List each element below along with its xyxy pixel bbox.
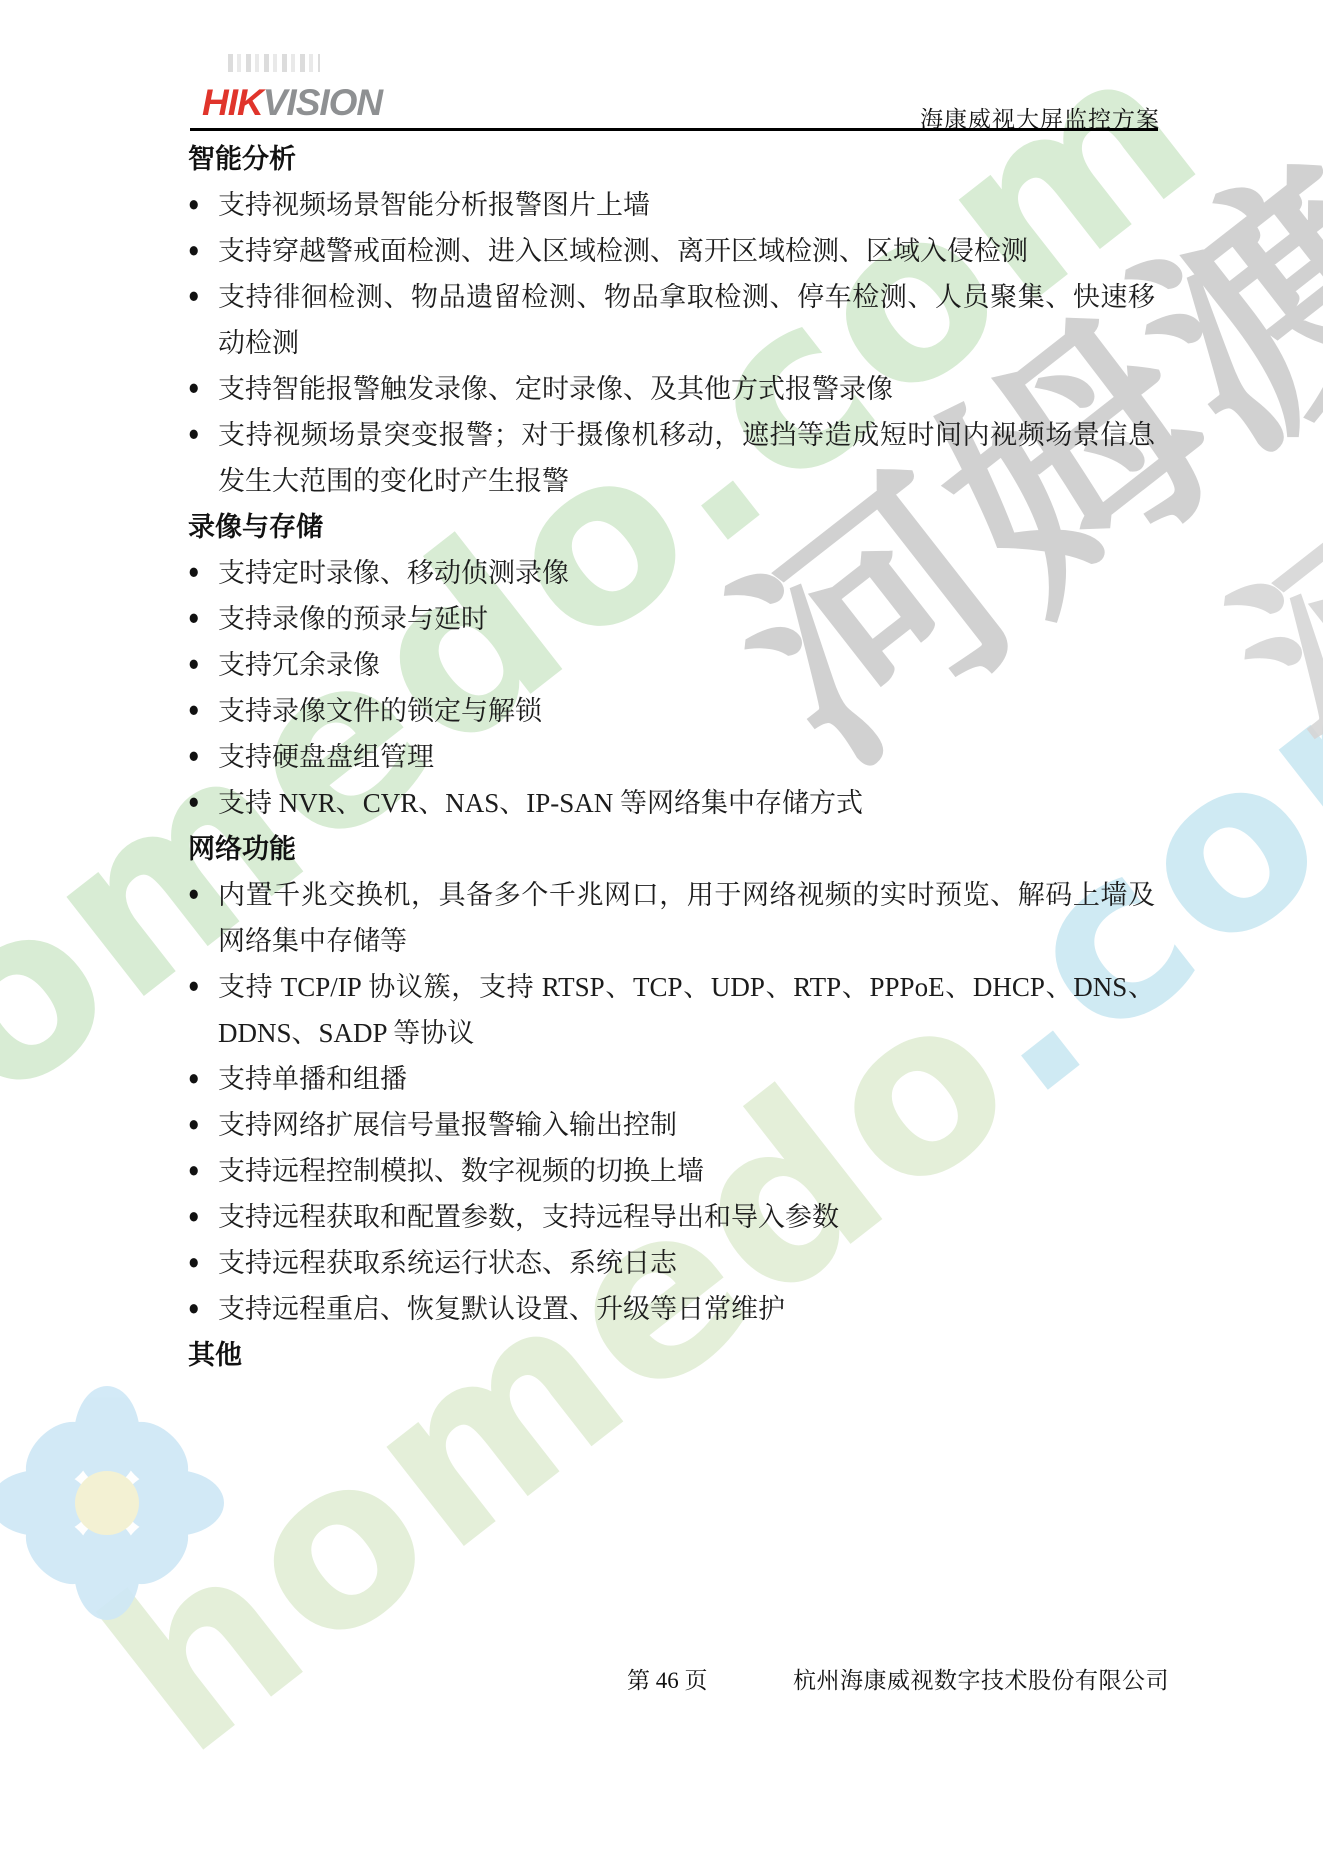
bullet-icon: ● bbox=[188, 639, 199, 692]
bullet-item: ●支持远程控制模拟、数字视频的切换上墙 bbox=[188, 1148, 1155, 1194]
bullet-icon: ● bbox=[188, 1145, 199, 1198]
document-page: homedo.com homedo.com 河姆渡 河姆渡 bbox=[0, 0, 1323, 1871]
section-heading: 录像与存储 bbox=[188, 504, 1155, 550]
section-heading: 其他 bbox=[188, 1332, 1155, 1378]
bullet-icon: ● bbox=[188, 593, 199, 646]
bullet-item: ●支持单播和组播 bbox=[188, 1056, 1155, 1102]
bullet-text: 支持远程获取系统运行状态、系统日志 bbox=[218, 1248, 677, 1278]
bullet-text: 支持单播和组播 bbox=[218, 1064, 407, 1094]
company-name: 杭州海康威视数字技术股份有限公司 bbox=[793, 1662, 1169, 1695]
bullet-item: ●支持智能报警触发录像、定时录像、及其他方式报警录像 bbox=[188, 366, 1155, 412]
logo-hik-text: HIK bbox=[202, 82, 263, 123]
bullet-icon: ● bbox=[188, 179, 199, 232]
bullet-text: 支持 TCP/IP 协议簇，支持 RTSP、TCP、UDP、RTP、PPPoE、… bbox=[218, 972, 1155, 1048]
bullet-item: ●支持冗余录像 bbox=[188, 642, 1155, 688]
logo-pixel-artifact bbox=[228, 54, 320, 72]
bullet-text: 支持视频场景突变报警；对于摄像机移动，遮挡等造成短时间内视频场景信息发生大范围的… bbox=[218, 420, 1155, 496]
bullet-icon: ● bbox=[188, 1283, 199, 1336]
bullet-item: ●支持远程获取系统运行状态、系统日志 bbox=[188, 1240, 1155, 1286]
bullet-icon: ● bbox=[188, 777, 199, 830]
bullet-text: 支持智能报警触发录像、定时录像、及其他方式报警录像 bbox=[218, 374, 893, 404]
bullet-icon: ● bbox=[188, 1053, 199, 1106]
bullet-icon: ● bbox=[188, 225, 199, 278]
bullet-text: 支持远程控制模拟、数字视频的切换上墙 bbox=[218, 1156, 704, 1186]
header-rule bbox=[190, 128, 1158, 131]
bullet-icon: ● bbox=[188, 685, 199, 738]
bullet-text: 支持穿越警戒面检测、进入区域检测、离开区域检测、区域入侵检测 bbox=[218, 236, 1028, 266]
bullet-item: ●支持录像文件的锁定与解锁 bbox=[188, 688, 1155, 734]
bullet-item: ●支持视频场景智能分析报警图片上墙 bbox=[188, 182, 1155, 228]
bullet-text: 支持定时录像、移动侦测录像 bbox=[218, 558, 569, 588]
bullet-item: ●支持 NVR、CVR、NAS、IP-SAN 等网络集中存储方式 bbox=[188, 780, 1155, 826]
watermark-text: 河姆渡 bbox=[1190, 124, 1323, 824]
bullet-item: ●支持穿越警戒面检测、进入区域检测、离开区域检测、区域入侵检测 bbox=[188, 228, 1155, 274]
bullet-text: 支持徘徊检测、物品遗留检测、物品拿取检测、停车检测、人员聚集、快速移动检测 bbox=[218, 282, 1155, 358]
bullet-icon: ● bbox=[188, 961, 199, 1014]
bullet-text: 支持 NVR、CVR、NAS、IP-SAN 等网络集中存储方式 bbox=[218, 788, 863, 818]
bullet-text: 支持硬盘盘组管理 bbox=[218, 742, 434, 772]
bullet-text: 支持远程获取和配置参数，支持远程导出和导入参数 bbox=[218, 1202, 839, 1232]
bullet-icon: ● bbox=[188, 1099, 199, 1152]
section-heading: 智能分析 bbox=[188, 136, 1155, 182]
bullet-text: 内置千兆交换机，具备多个千兆网口，用于网络视频的实时预览、解码上墙及网络集中存储… bbox=[218, 880, 1155, 956]
section-heading: 网络功能 bbox=[188, 826, 1155, 872]
bullet-icon: ● bbox=[188, 869, 199, 922]
bullet-text: 支持录像的预录与延时 bbox=[218, 604, 488, 634]
page-number: 第 46 页 bbox=[627, 1662, 708, 1695]
bullet-item: ●支持网络扩展信号量报警输入输出控制 bbox=[188, 1102, 1155, 1148]
flower-watermark-icon bbox=[0, 1378, 232, 1628]
bullet-item: ●内置千兆交换机，具备多个千兆网口，用于网络视频的实时预览、解码上墙及网络集中存… bbox=[188, 872, 1155, 964]
bullet-icon: ● bbox=[188, 731, 199, 784]
bullet-item: ●支持定时录像、移动侦测录像 bbox=[188, 550, 1155, 596]
watermark-hemudu-edge: 河姆渡 bbox=[1203, 141, 1323, 809]
logo-vision-text: VISION bbox=[263, 82, 382, 123]
bullet-text: 支持视频场景智能分析报警图片上墙 bbox=[218, 190, 650, 220]
document-body: 智能分析●支持视频场景智能分析报警图片上墙●支持穿越警戒面检测、进入区域检测、离… bbox=[188, 136, 1155, 1378]
bullet-item: ●支持录像的预录与延时 bbox=[188, 596, 1155, 642]
bullet-icon: ● bbox=[188, 409, 199, 462]
bullet-text: 支持录像文件的锁定与解锁 bbox=[218, 696, 542, 726]
bullet-text: 支持冗余录像 bbox=[218, 650, 380, 680]
bullet-text: 支持网络扩展信号量报警输入输出控制 bbox=[218, 1110, 677, 1140]
bullet-item: ●支持徘徊检测、物品遗留检测、物品拿取检测、停车检测、人员聚集、快速移动检测 bbox=[188, 274, 1155, 366]
bullet-icon: ● bbox=[188, 271, 199, 324]
bullet-icon: ● bbox=[188, 1237, 199, 1290]
bullet-text: 支持远程重启、恢复默认设置、升级等日常维护 bbox=[218, 1294, 785, 1324]
bullet-item: ●支持远程重启、恢复默认设置、升级等日常维护 bbox=[188, 1286, 1155, 1332]
hikvision-logo: HIKVISION bbox=[202, 84, 382, 121]
bullet-icon: ● bbox=[188, 1191, 199, 1244]
header-doc-title: 海康威视大屏监控方案 bbox=[920, 101, 1160, 134]
bullet-icon: ● bbox=[188, 363, 199, 416]
bullet-item: ●支持视频场景突变报警；对于摄像机移动，遮挡等造成短时间内视频场景信息发生大范围… bbox=[188, 412, 1155, 504]
bullet-item: ●支持硬盘盘组管理 bbox=[188, 734, 1155, 780]
bullet-item: ●支持 TCP/IP 协议簇，支持 RTSP、TCP、UDP、RTP、PPPoE… bbox=[188, 964, 1155, 1056]
bullet-icon: ● bbox=[188, 547, 199, 600]
bullet-item: ●支持远程获取和配置参数，支持远程导出和导入参数 bbox=[188, 1194, 1155, 1240]
